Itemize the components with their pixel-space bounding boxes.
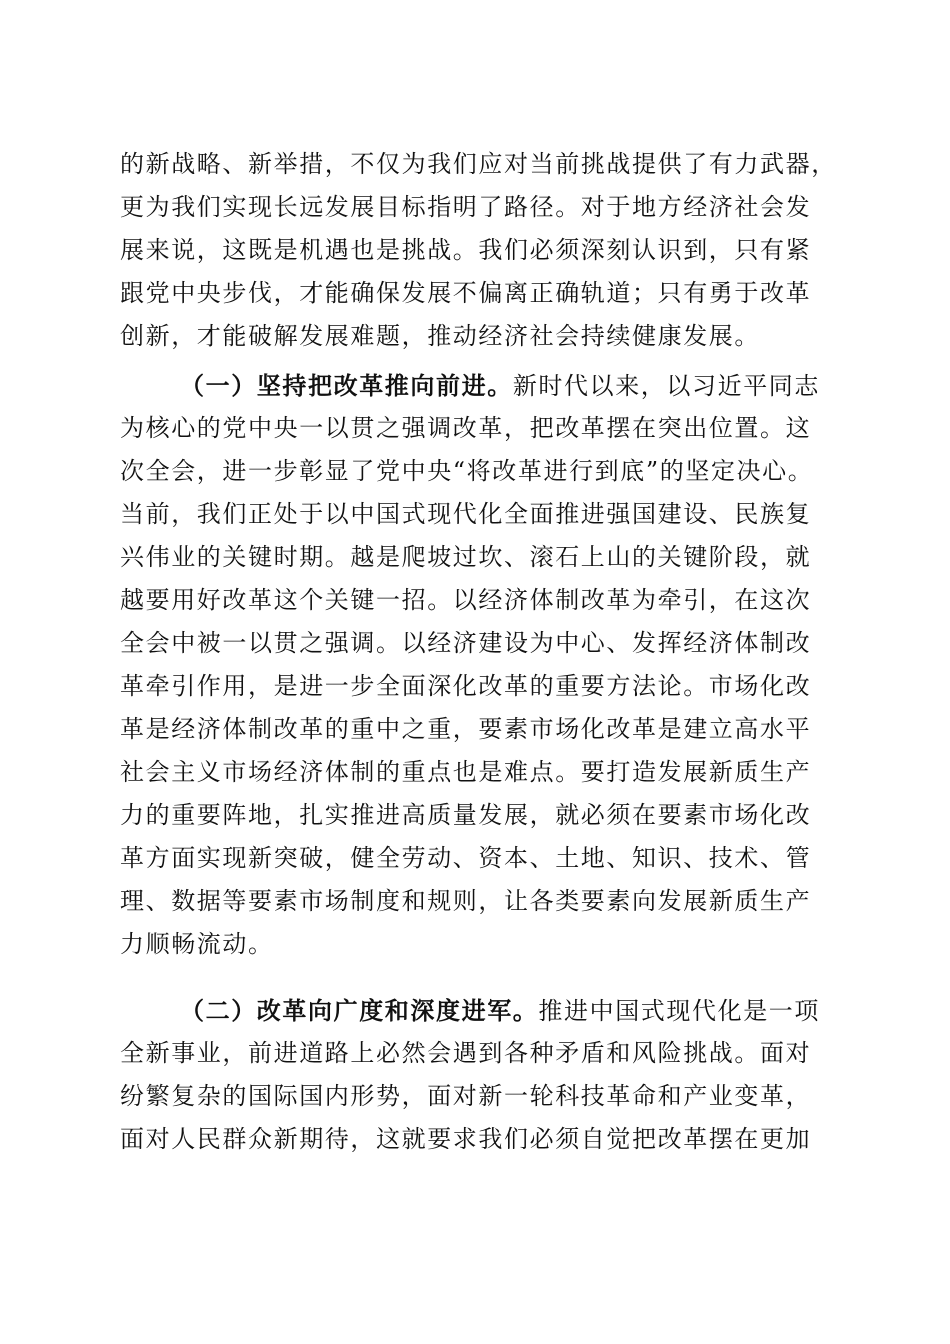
text-line: 力顺畅流动。 <box>120 923 840 966</box>
text-line: 全新事业，前进道路上必然会遇到各种矛盾和风险挑战。面对 <box>120 1032 840 1075</box>
section-heading-2: （二）改革向广度和深度进军。 <box>180 996 538 1025</box>
section-heading-1: （一）坚持把改革推向前进。 <box>180 371 513 400</box>
text-line: 全会中被一以贯之强调。以经济建设为中心、发挥经济体制改 <box>120 622 840 665</box>
text-run: 推进中国式现代化是一项 <box>538 997 820 1025</box>
paragraph-section-2: （二）改革向广度和深度进军。推进中国式现代化是一项 全新事业，前进道路上必然会遇… <box>120 989 840 1161</box>
text-line: 的新战略、新举措，不仅为我们应对当前挑战提供了有力武器， <box>120 143 840 186</box>
document-page: 的新战略、新举措，不仅为我们应对当前挑战提供了有力武器， 更为我们实现长远发展目… <box>0 0 950 1344</box>
text-line: 面对人民群众新期待，这就要求我们必须自觉把改革摆在更加 <box>120 1118 840 1161</box>
text-line: 纷繁复杂的国际国内形势，面对新一轮科技革命和产业变革， <box>120 1075 840 1118</box>
text-line: 力的重要阵地，扎实推进高质量发展，就必须在要素市场化改 <box>120 794 840 837</box>
text-run: 新时代以来，以习近平同志 <box>513 372 820 400</box>
text-line: 理、数据等要素市场制度和规则，让各类要素向发展新质生产 <box>120 880 840 923</box>
text-line: 兴伟业的关键时期。越是爬坡过坎、滚石上山的关键阶段，就 <box>120 536 840 579</box>
text-line: 创新，才能破解发展难题，推动经济社会持续健康发展。 <box>120 315 840 358</box>
text-line: 更为我们实现长远发展目标指明了路径。对于地方经济社会发 <box>120 186 840 229</box>
text-line: 次全会，进一步彰显了党中央“将改革进行到底”的坚定决心。 <box>120 450 840 493</box>
text-line: 越要用好改革这个关键一招。以经济体制改革为牵引，在这次 <box>120 579 840 622</box>
text-line: （一）坚持把改革推向前进。新时代以来，以习近平同志 <box>120 364 840 407</box>
paragraph-intro: 的新战略、新举措，不仅为我们应对当前挑战提供了有力武器， 更为我们实现长远发展目… <box>120 143 840 358</box>
text-line: 展来说，这既是机遇也是挑战。我们必须深刻认识到，只有紧 <box>120 229 840 272</box>
text-line: 社会主义市场经济体制的重点也是难点。要打造发展新质生产 <box>120 751 840 794</box>
text-line: 当前，我们正处于以中国式现代化全面推进强国建设、民族复 <box>120 493 840 536</box>
text-line: 跟党中央步伐，才能确保发展不偏离正确轨道；只有勇于改革 <box>120 272 840 315</box>
text-line: 革牵引作用，是进一步全面深化改革的重要方法论。市场化改 <box>120 665 840 708</box>
text-line: 革方面实现新突破，健全劳动、资本、土地、知识、技术、管 <box>120 837 840 880</box>
paragraph-section-1: （一）坚持把改革推向前进。新时代以来，以习近平同志 为核心的党中央一以贯之强调改… <box>120 364 840 966</box>
text-line: 革是经济体制改革的重中之重，要素市场化改革是建立高水平 <box>120 708 840 751</box>
text-line: （二）改革向广度和深度进军。推进中国式现代化是一项 <box>120 989 840 1032</box>
text-line: 为核心的党中央一以贯之强调改革，把改革摆在突出位置。这 <box>120 407 840 450</box>
